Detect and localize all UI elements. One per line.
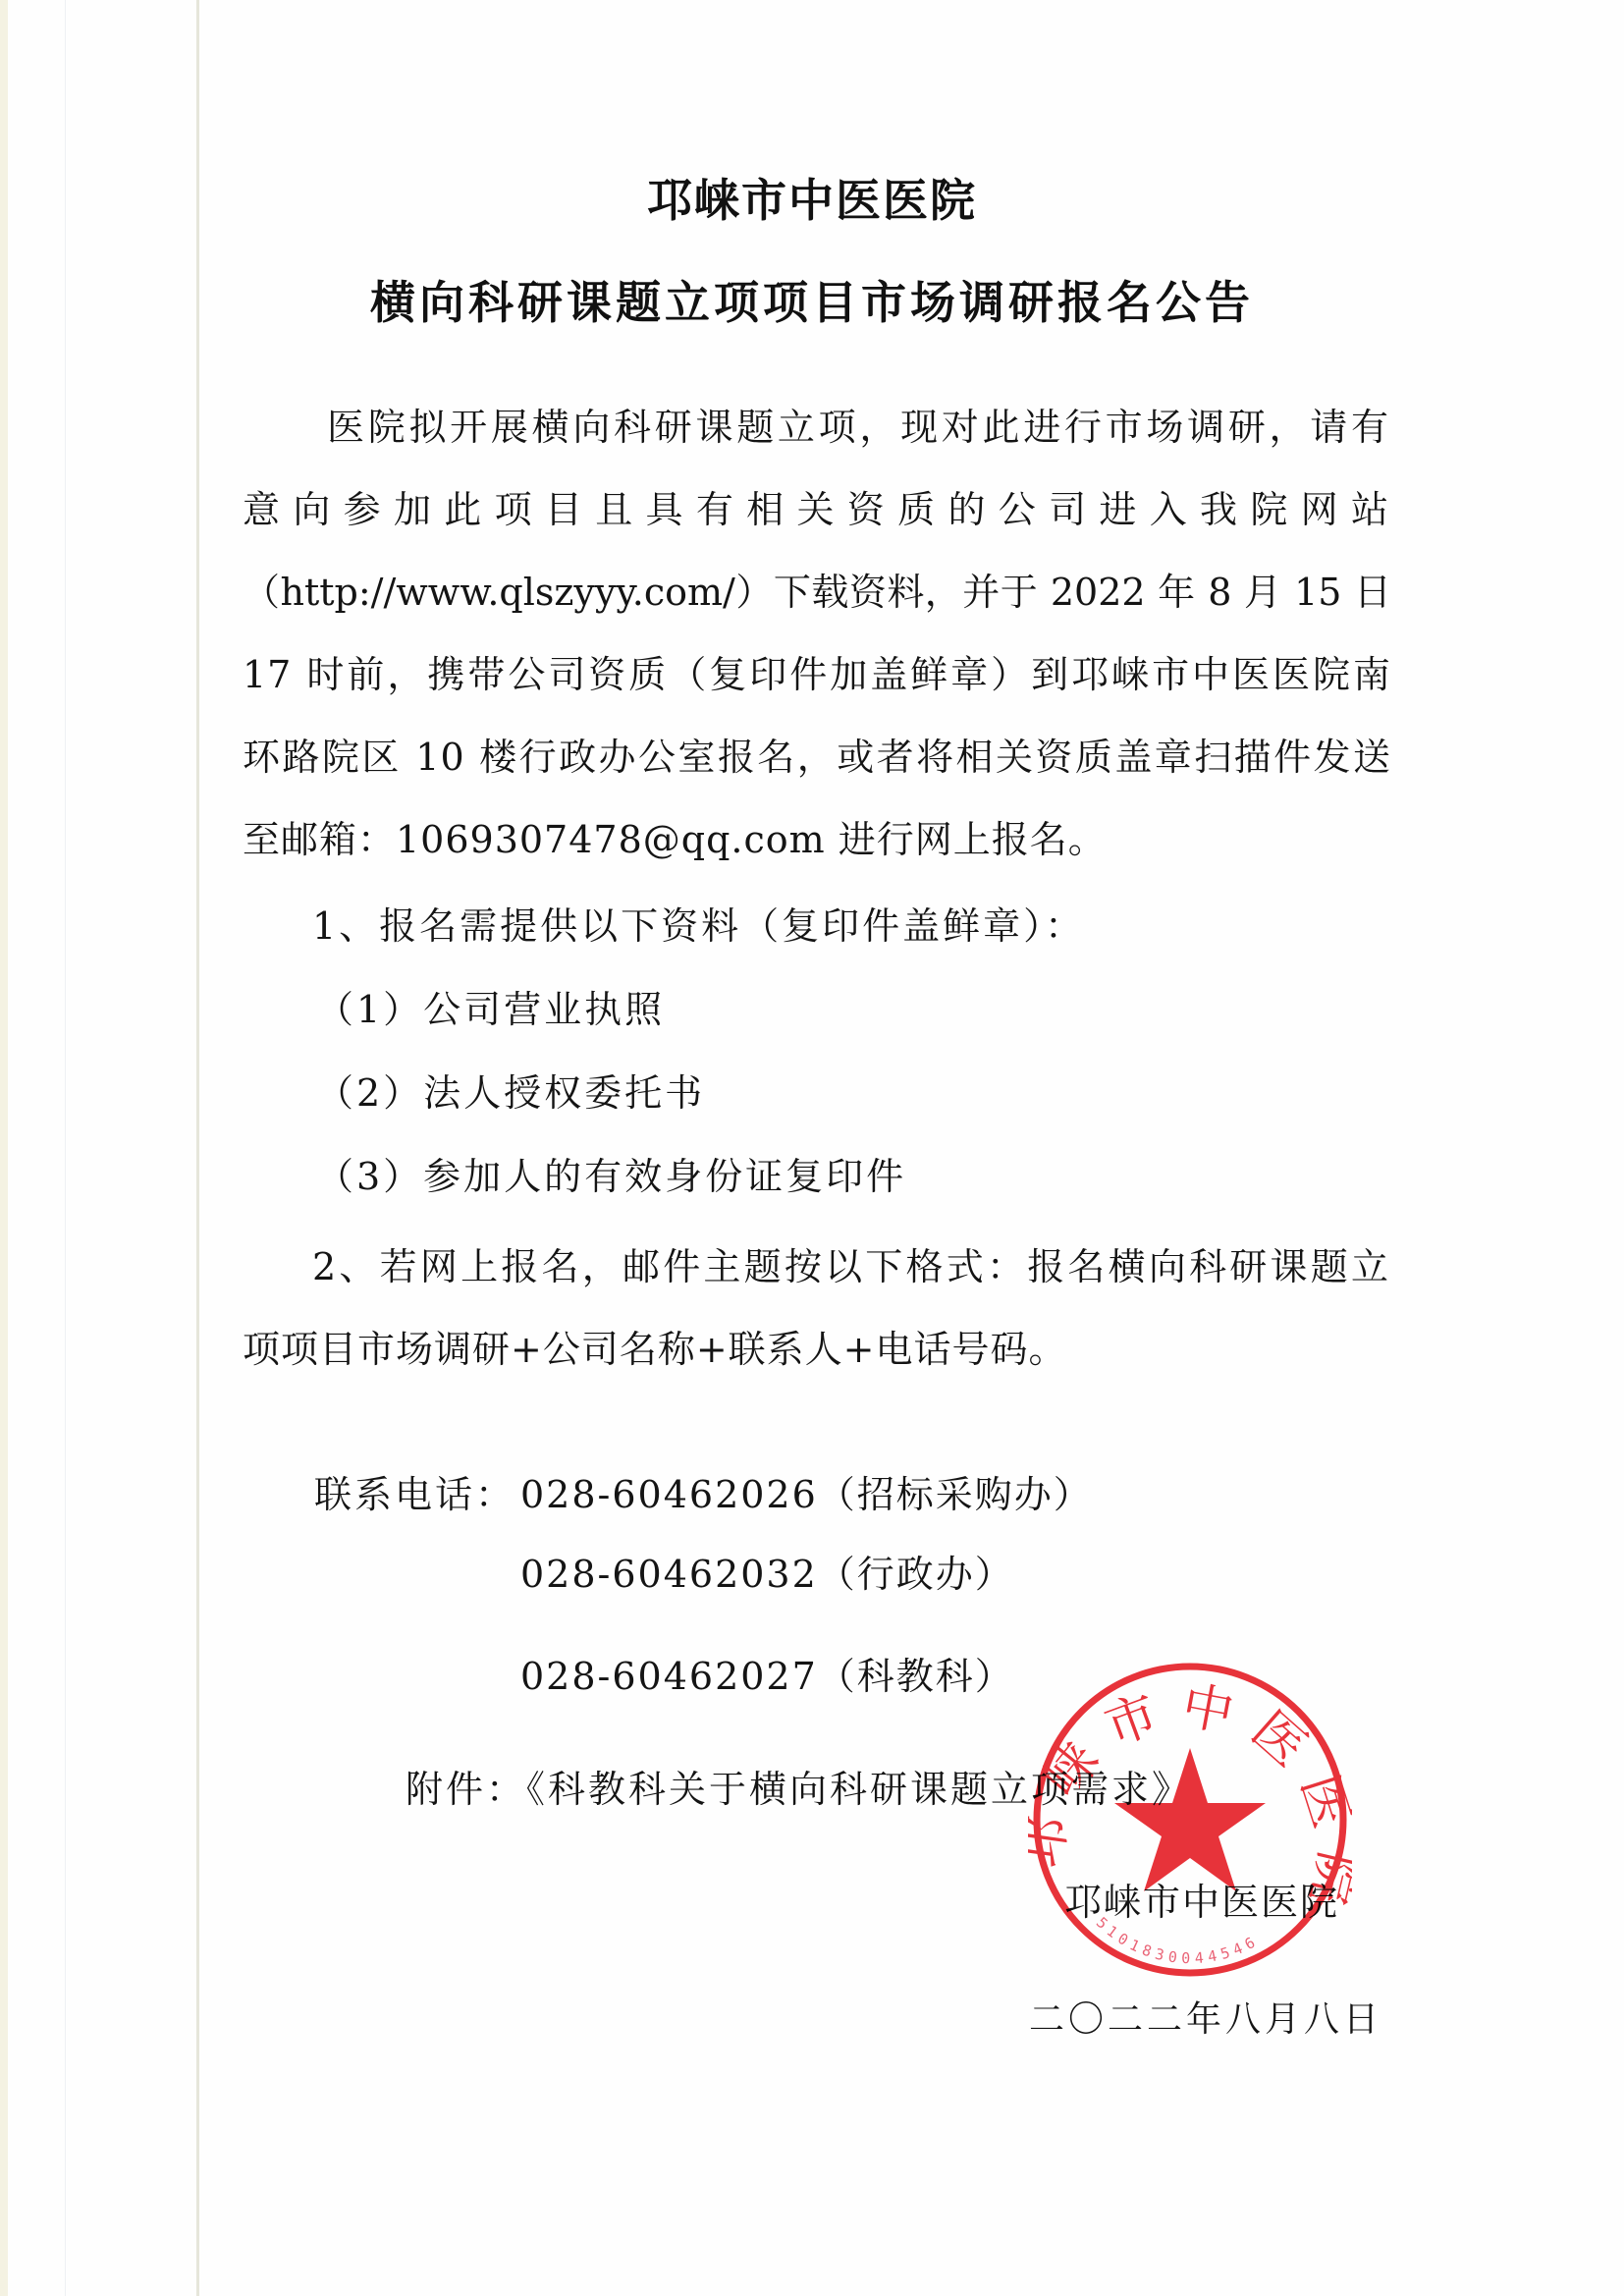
contact-phone: 028-60462027（科教科） <box>520 1652 1014 1701</box>
email-format-line: 2、若网上报名，邮件主题按以下格式：报名横向科研课题立 <box>312 1242 1391 1291</box>
phone-number: 028-60462032 <box>520 1553 818 1596</box>
scan-artifact-line <box>65 0 66 2296</box>
phone-number: 028-60462026 <box>520 1473 818 1516</box>
body-line: 17 时前，携带公司资质（复印件加盖鲜章）到邛崃市中医医院南 <box>243 650 1391 699</box>
phone-dept: （招标采购办） <box>818 1473 1093 1516</box>
document-title: 横向科研课题立项项目市场调研报名公告 <box>0 267 1624 332</box>
phone-number: 028-60462027 <box>520 1655 818 1698</box>
document-title-org: 邛崃市中医医院 <box>0 165 1624 230</box>
body-line: 环路院区 10 楼行政办公室报名，或者将相关资质盖章扫描件发送 <box>243 733 1391 782</box>
official-seal-icon: 邛崃市中医医院 5101830044546 <box>1028 1658 1352 1982</box>
phone-dept: （科教科） <box>818 1655 1014 1698</box>
phone-dept: （行政办） <box>818 1553 1014 1596</box>
email-format-line: 项项目市场调研+公司名称+联系人+电话号码。 <box>243 1325 1391 1374</box>
body-line: 医院拟开展横向科研课题立项，现对此进行市场调研，请有 <box>327 403 1391 452</box>
signature-date: 二〇二二年八月八日 <box>1029 1995 1382 2045</box>
body-line: 至邮箱：1069307478@qq.com 进行网上报名。 <box>243 815 1391 864</box>
seal-code: 5101830044546 <box>1093 1914 1263 1968</box>
svg-text:5101830044546: 5101830044546 <box>1093 1914 1263 1968</box>
requirements-heading: 1、报名需提供以下资料（复印件盖鲜章）： <box>312 902 1461 951</box>
contact-phone: 028-60462026（招标采购办） <box>520 1470 1093 1519</box>
requirement-item: （2）法人授权委托书 <box>316 1068 1465 1118</box>
contact-label: 联系电话： <box>314 1470 515 1519</box>
contact-phone: 028-60462032（行政办） <box>520 1550 1014 1599</box>
scan-edge-tint <box>0 0 8 2296</box>
scan-artifact-line <box>196 0 199 2296</box>
requirement-item: （3）参加人的有效身份证复印件 <box>316 1152 1465 1201</box>
requirement-item: （1）公司营业执照 <box>316 985 1465 1034</box>
body-line: 意向参加此项目且具有相关资质的公司进入我院网站 <box>243 485 1391 534</box>
body-line: （http://www.qlszyyy.com/）下载资料，并于 2022 年 … <box>243 568 1391 617</box>
